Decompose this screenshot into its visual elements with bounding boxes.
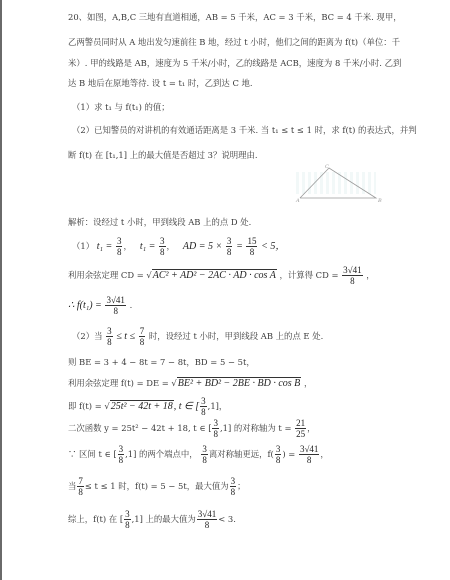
be-bd-line: 则 BE = 3 + 4 − 8t = 7 − 8t，BD = 5 − 5t， (68, 356, 255, 368)
interval-endpoint: ∵ 区间 t ∈ [38,1] 的两个端点中， 38离对称轴更远，f(38) =… (68, 444, 329, 465)
triangle-figure: A B C (290, 162, 390, 212)
question-2-line-2: 断 f(t) 在 [t₁,1] 上的最大值是否超过 3？说明理由. (68, 149, 258, 161)
problem-line-3: 米）. 甲的线路是 AB，速度为 5 千米/小时，乙的线路是 ACB，速度为 8… (68, 57, 401, 69)
label-b: B (377, 198, 382, 204)
problem-line-1: 20、如图，A,B,C 三地有直道相通，AB = 5 千米，AC = 3 千米，… (68, 11, 402, 23)
cosine-law-cd: 利用余弦定理 CD = √AC² + AD² − 2AC · AD · cos … (68, 264, 375, 287)
question-2-line-1: （2）已知警员的对讲机的有效通话距离是 3 千米. 当 t₁ ≤ t ≤ 1 时… (72, 124, 417, 136)
quadratic-axis: 二次函数 y = 25t² − 42t + 18, t ∈ [38,1] 的对称… (68, 418, 316, 439)
question-1: （1）求 t₁ 与 f(t₁) 的值； (72, 101, 170, 113)
cosine-law-de: 利用余弦定理 f(t) = DE = √BE² + BD² − 2BE · BD… (68, 377, 312, 390)
problem-line-4: 达 B 地后在原地等待. 设 t = t₁ 时，乙到达 C 地. (68, 77, 253, 89)
f-t-expression: 即 f(t) = √25t² − 42t + 18, t ∈ [38,1]， (68, 396, 227, 417)
label-c: C (325, 164, 329, 170)
label-a: A (295, 198, 300, 204)
problem-line-2: 乙两警员同时从 A 地出发匀速前往 B 地，经过 t 小时，他们之间的距离为 f… (68, 36, 400, 48)
conclusion: 综上，f(t) 在 [38,1] 上的最大值为3√418< 3. (68, 508, 236, 530)
solution-part-2: （2）当 38 ≤ t ≤ 78 时，设经过 t 小时，甲到线段 AB 上的点 … (72, 326, 323, 347)
problem-number: 20、 (68, 12, 87, 22)
f-t1-result: ∴ f(t₁) = 3√418 . (68, 294, 132, 317)
solution-part-1: （1） t₁ = 38， t₁ = 38， AD = 5 × 38 = 158 … (72, 236, 285, 257)
page-left-border (0, 0, 2, 580)
linear-case: 当78≤ t ≤ 1 时，f(t) = 5 − 5t，最大值为38； (68, 476, 245, 497)
solution-intro: 解析：设经过 t 小时，甲到线段 AB 上的点 D 处. (68, 216, 251, 228)
